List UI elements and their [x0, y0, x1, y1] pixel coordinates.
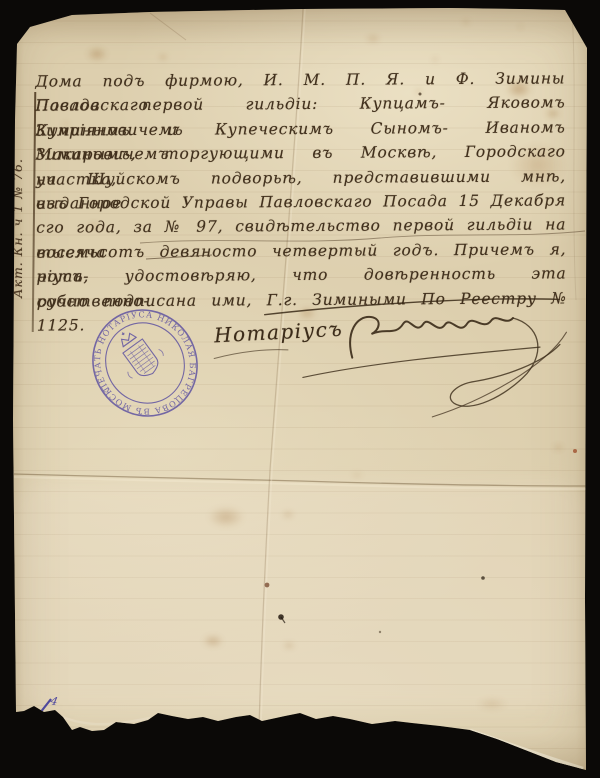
scan-background: Акт. Кн. ч 1 № 76. Дома подъ фирмою, И. … [0, 0, 600, 778]
document-page: Акт. Кн. ч 1 № 76. Дома подъ фирмою, И. … [0, 0, 600, 778]
paper-vignette [0, 0, 600, 778]
